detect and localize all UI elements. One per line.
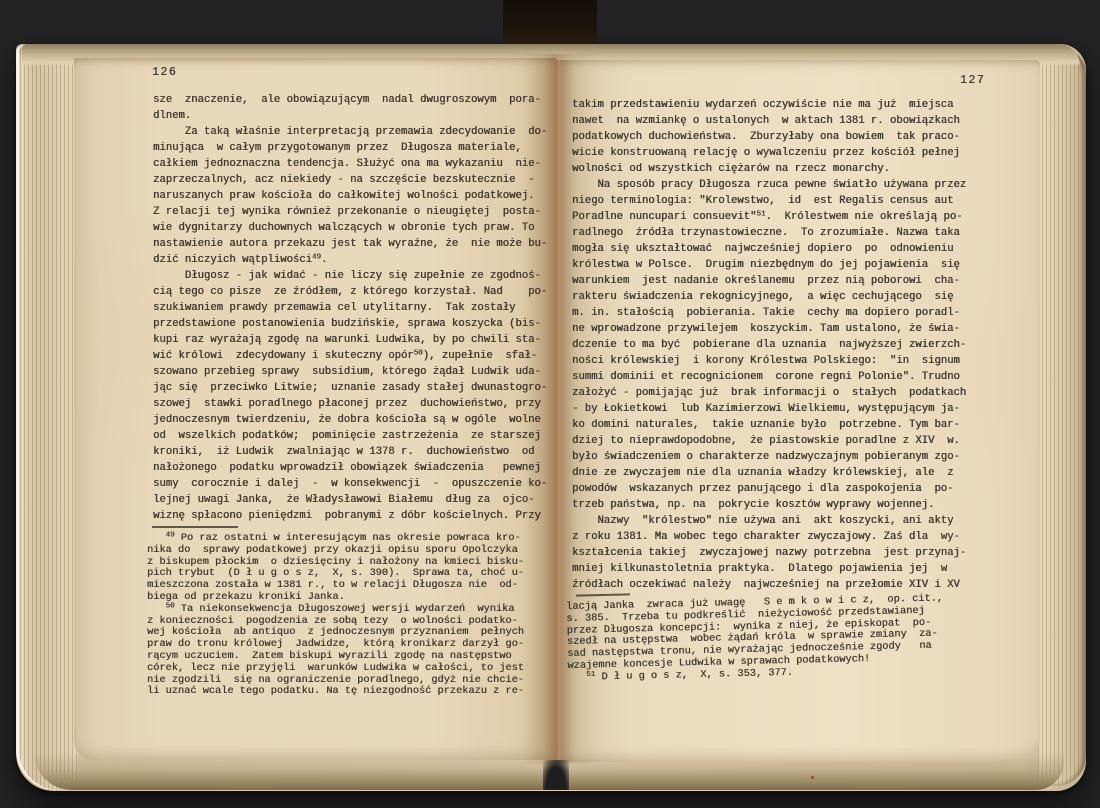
text-line: kształcenia takiej zwyczajowej nazwy pot…	[572, 545, 970, 561]
text-line: warunkiem jest nadanie określanemu przez…	[572, 273, 970, 289]
right-page-body-text: takim przedstawieniu wydarzeń oczywiście…	[572, 97, 970, 593]
text-line: podatkowych duchowieństwa. Zburzyłaby on…	[572, 129, 970, 145]
text-line: Poradlne nuncupari consuevit"51. Królest…	[572, 209, 970, 225]
text-line: ne wprowadzone przywilejem koszyckim. Ta…	[572, 321, 970, 337]
text-line: przedstawione postanowienia budzińskie, …	[153, 316, 551, 332]
left-page-footnotes-text: 49 Po raz ostatni w interesującym nas ok…	[147, 533, 549, 698]
text-line: wić królowi zdecydowany i skuteczny opór…	[153, 348, 551, 364]
text-line: całkiem jednoznaczna tendencja. Służyć o…	[153, 156, 551, 172]
text-line: dziej to nieprawdopodobne, że piastowski…	[572, 433, 970, 449]
text-line: niego terminologia: "Krolewstwo, id est …	[572, 193, 970, 209]
text-line: jąc się przeciwko Litwie; uznanie zasady…	[153, 380, 551, 396]
text-line: takim przedstawieniu wydarzeń oczywiście…	[572, 97, 970, 113]
text-line: trzeb państwa, np. na pokrycie kosztów w…	[572, 497, 970, 513]
text-line: szukiwaniem prawdy przemawia cel utylita…	[153, 300, 551, 316]
left-fore-edge-pages	[16, 46, 78, 790]
text-line: mniej kilkunastoletnia praktyka. Dlatego…	[572, 561, 970, 577]
text-line: powodów wskazanych przez panującego i dl…	[572, 481, 970, 497]
text-line: m. in. stałością pobierania. Takie cechy…	[572, 305, 970, 321]
text-line: biega od przekazu kroniki Janka.	[147, 592, 549, 604]
text-line: kupi raz wyrażają zgodę na warunki Ludwi…	[153, 332, 551, 348]
text-line: szowej stawki poradlnego płaconej przez …	[153, 396, 551, 412]
text-line: minująca w całym przygotowanym przez Dłu…	[153, 140, 551, 156]
text-line: 50 Ta niekonsekwencja Długoszowej wersji…	[147, 604, 549, 616]
footnote-reference: 50	[414, 350, 423, 358]
text-line: nałożonego podatku wprowadził obowiązek …	[153, 460, 551, 476]
text-line: nawet na wzmiankę o ustalonych w aktach …	[572, 113, 970, 129]
text-line: cią tego co pisze ze źródłem, z którego …	[153, 284, 551, 300]
text-line: wolności od wszystkich ciężarów na rzecz…	[572, 161, 970, 177]
text-line: nika do sprawy podatkowej przy okazji op…	[147, 545, 549, 557]
text-line: Długosz - jak widać - nie liczy się zupe…	[153, 268, 551, 284]
text-line: Na sposób pracy Długosza rzuca pewne świ…	[572, 177, 970, 193]
text-line: nastawienie autora przekazu jest tak wyr…	[153, 236, 551, 252]
text-line: córek, lecz nie przyjęli warunków Ludwik…	[147, 663, 549, 675]
text-line: mogła się ukształtować najwcześniej dopi…	[572, 241, 970, 257]
text-line: wiznę spłacono pieniędzmi pobranymi z dó…	[153, 508, 551, 524]
text-line: radlnego źródła trzynastowieczne. To zro…	[572, 225, 970, 241]
text-line: było świadczeniem o charakterze nadzwycz…	[572, 449, 970, 465]
footnote-reference: 50	[166, 602, 175, 610]
text-line: od wszelkich podatków; pominięcie zastrz…	[153, 428, 551, 444]
text-line: zaprzeczalnych, acz niekiedy - na szczęś…	[153, 172, 551, 188]
text-line: ko domini naturales, takie uznanie było …	[572, 417, 970, 433]
gutter-bottom-notch	[543, 760, 569, 790]
footnote-reference: 49	[166, 532, 175, 540]
left-page-body-text: sze znaczenie, ale obowiązującym nadal d…	[153, 92, 551, 524]
text-line: dzić niczyich wątpliwości49.	[153, 252, 551, 268]
paper-speck	[811, 776, 814, 779]
text-line: ności królewskiej i korony Królestwa Pol…	[572, 353, 970, 369]
text-line: źródłach oczekiwać należy najwcześniej n…	[572, 577, 970, 593]
text-line: kroniki, iż Ludwik zwalniając w 1378 r. …	[153, 444, 551, 460]
text-line: rącym uczuciem. Zatem biskupi wyrazili z…	[147, 651, 549, 663]
text-line: sumy corocznie i dalej - w konsekwencji …	[153, 476, 551, 492]
right-fore-edge-pages	[1038, 48, 1086, 786]
footnote-reference: 49	[312, 254, 321, 262]
text-line: jednoczesnym twierdzeniu, że dobra kości…	[153, 412, 551, 428]
text-line: z roku 1381. Ma wobec tego charakter zwy…	[572, 529, 970, 545]
text-line: wicie konstruowaną relację o wywalczeniu…	[572, 145, 970, 161]
text-line: wie dygnitarzy duchownych walczących w o…	[153, 220, 551, 236]
text-line: rakteru świadczenia rekognicyjnego, a wi…	[572, 289, 970, 305]
text-line: dczenie to ma być pobierane dla uznania …	[572, 337, 970, 353]
text-line: li uznać wcale tego podatku. Na tę niezg…	[147, 686, 549, 698]
text-line: założyć - pomijając już brak informacji …	[572, 385, 970, 401]
text-line: lejnej uwagi Janka, że Władysławowi Biał…	[153, 492, 551, 508]
footnote-reference: 51	[586, 671, 595, 679]
text-line: naruszanych praw kościoła do całkowitej …	[153, 188, 551, 204]
right-page-footnotes-text: lacją Janka zwraca już uwagę S e m k o w…	[566, 593, 970, 685]
text-line: dlnem.	[153, 108, 551, 124]
text-line: summi dominii et recognicionem corone re…	[572, 369, 970, 385]
footnote-reference: 51	[756, 211, 765, 219]
text-line: Nazwy "królestwo" nie używa ani akt kosz…	[572, 513, 970, 529]
text-line: Za taką właśnie interpretacją przemawia …	[153, 124, 551, 140]
book-scan-photo: 126 127 sze znaczenie, ale obowiązującym…	[0, 0, 1100, 808]
left-page-number: 126	[152, 66, 177, 79]
left-footnote-separator	[152, 526, 238, 528]
text-line: królestwa w Polsce. Drugim niezbędnym do…	[572, 257, 970, 273]
right-page-number: 127	[960, 74, 985, 87]
text-line: - by Łokietkowi lub Kazimierzowi Wielkie…	[572, 401, 970, 417]
text-line: szowano przebieg sprawy subsidium, które…	[153, 364, 551, 380]
text-line: Z relacji tej wynika również przekonanie…	[153, 204, 551, 220]
text-line: sze znaczenie, ale obowiązującym nadal d…	[153, 92, 551, 108]
text-line: dnie ze zwyczajem nie dla uznania władzy…	[572, 465, 970, 481]
